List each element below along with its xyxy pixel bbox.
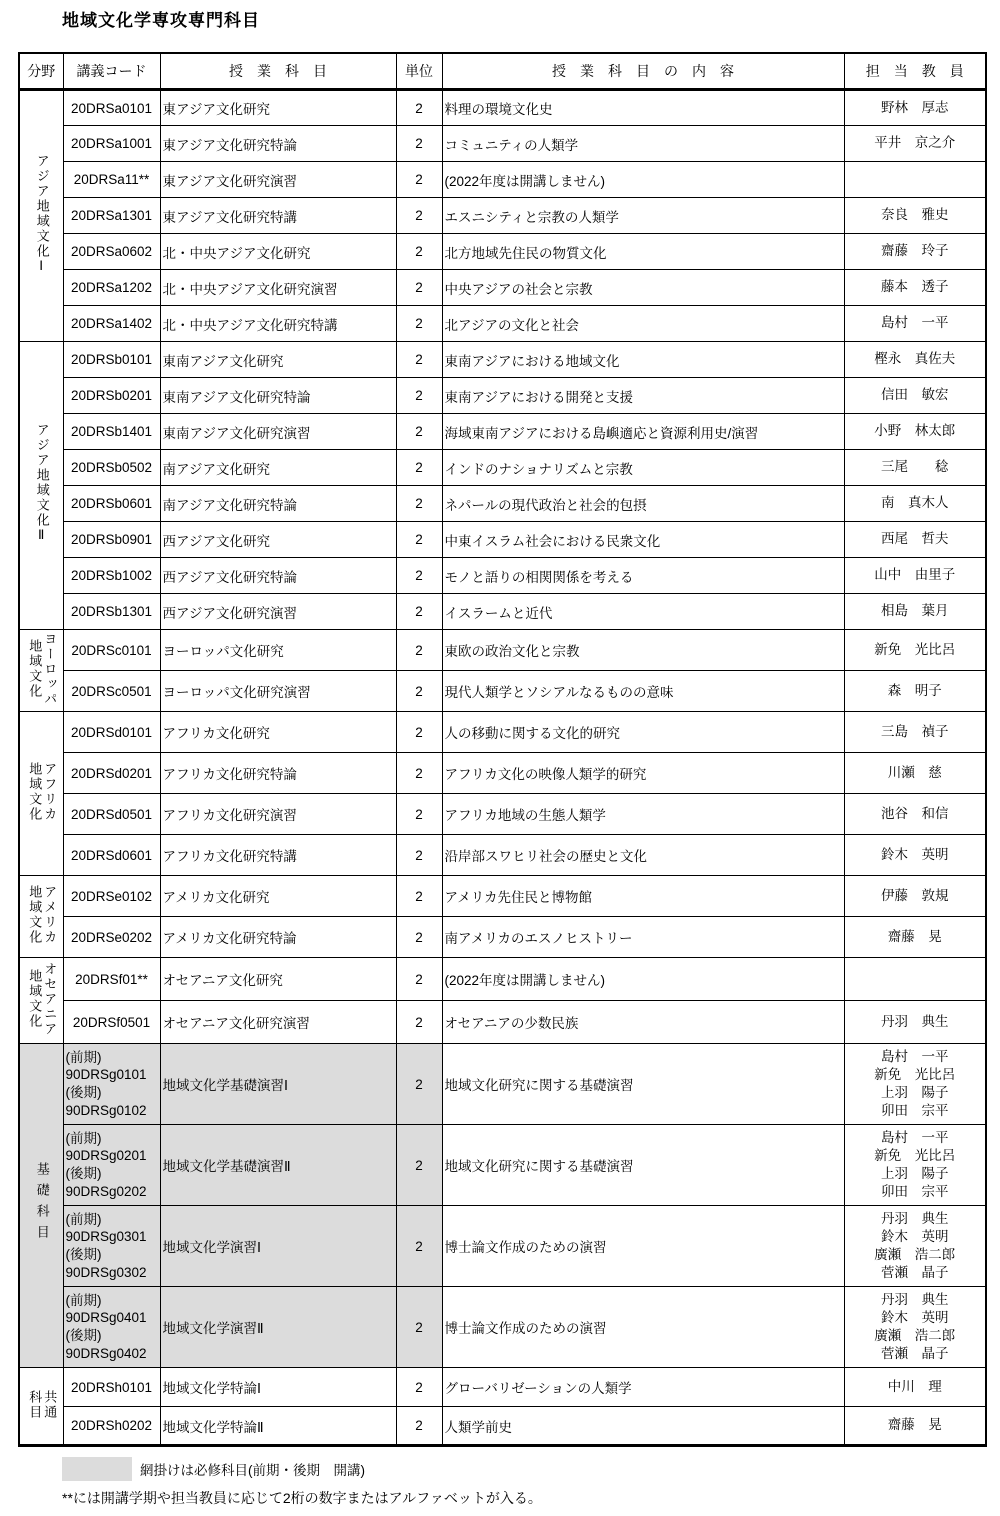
content-cell: コミュニティの人類学 xyxy=(442,126,844,162)
field-label: 共通 科目 xyxy=(26,1390,56,1420)
table-row: 20DRSb0601南アジア文化研究特論2ネパールの現代政治と社会的包摂南 真木… xyxy=(19,486,986,522)
field-cell: オセアニア 地域文化 xyxy=(19,958,63,1044)
field-label: アジア地域文化Ⅱ xyxy=(34,423,49,545)
instructor-cell: 三島 禎子 xyxy=(844,712,986,753)
content-cell: 地域文化研究に関する基礎演習 xyxy=(442,1125,844,1206)
instructor-cell: 信田 敏宏 xyxy=(844,378,986,414)
instructor-cell: 森 明子 xyxy=(844,671,986,712)
content-cell: 現代人類学とソシアルなるものの意味 xyxy=(442,671,844,712)
instructor-cell: 三尾 稔 xyxy=(844,450,986,486)
field-cell: ヨーロッパ 地域文化 xyxy=(19,630,63,712)
code-cell: 20DRSf0501 xyxy=(63,1001,160,1044)
code-cell: 20DRSb0201 xyxy=(63,378,160,414)
table-row: (前期) 90DRSg0201 (後期) 90DRSg0202地域文化学基礎演習… xyxy=(19,1125,986,1206)
subject-cell: 地域文化学基礎演習Ⅰ xyxy=(160,1044,396,1125)
units-cell: 2 xyxy=(396,876,442,917)
instructor-cell: 島村 一平 新免 光比呂 上羽 陽子 卯田 宗平 xyxy=(844,1125,986,1206)
instructor-cell: 新免 光比呂 xyxy=(844,630,986,671)
content-cell: 東南アジアにおける地域文化 xyxy=(442,342,844,378)
section-oceania: オセアニア 地域文化20DRSf01**オセアニア文化研究2(2022年度は開講… xyxy=(19,958,986,1044)
table-row: 20DRSb1401東南アジア文化研究演習2海域東南アジアにおける島嶼適応と資源… xyxy=(19,414,986,450)
instructor-cell: 野林 厚志 xyxy=(844,90,986,126)
content-cell: 中東イスラム社会における民衆文化 xyxy=(442,522,844,558)
code-cell: 20DRSa1001 xyxy=(63,126,160,162)
field-cell: 共通 科目 xyxy=(19,1368,63,1446)
section-kiso: 基礎科目(前期) 90DRSg0101 (後期) 90DRSg0102地域文化学… xyxy=(19,1044,986,1368)
code-cell: (前期) 90DRSg0401 (後期) 90DRSg0402 xyxy=(63,1287,160,1368)
table-row: 20DRSa11**東アジア文化研究演習2(2022年度は開講しません) xyxy=(19,162,986,198)
code-cell: 20DRSb0901 xyxy=(63,522,160,558)
units-cell: 2 xyxy=(396,558,442,594)
content-cell: 博士論文作成のための演習 xyxy=(442,1206,844,1287)
units-cell: 2 xyxy=(396,378,442,414)
content-cell: エスニシティと宗教の人類学 xyxy=(442,198,844,234)
subject-cell: 北・中央アジア文化研究 xyxy=(160,234,396,270)
field-label: アメリカ 地域文化 xyxy=(26,885,56,945)
subject-cell: 地域文化学演習Ⅱ xyxy=(160,1287,396,1368)
instructor-cell: 藤本 透子 xyxy=(844,270,986,306)
content-cell: (2022年度は開講しません) xyxy=(442,162,844,198)
table-row: 20DRSb1002西アジア文化研究特論2モノと語りの相関関係を考える山中 由里… xyxy=(19,558,986,594)
code-cell: 20DRSe0202 xyxy=(63,917,160,958)
instructor-cell: 相島 葉月 xyxy=(844,594,986,630)
table-row: 20DRSb0901西アジア文化研究2中東イスラム社会における民衆文化西尾 哲夫 xyxy=(19,522,986,558)
table-row: 基礎科目(前期) 90DRSg0101 (後期) 90DRSg0102地域文化学… xyxy=(19,1044,986,1125)
field-label: ヨーロッパ 地域文化 xyxy=(26,632,56,707)
field-label: アフリカ 地域文化 xyxy=(26,762,56,822)
table-row: 20DRSb0201東南アジア文化研究特論2東南アジアにおける開発と支援信田 敏… xyxy=(19,378,986,414)
subject-cell: 東南アジア文化研究演習 xyxy=(160,414,396,450)
table-row: 20DRSa1202北・中央アジア文化研究演習2中央アジアの社会と宗教藤本 透子 xyxy=(19,270,986,306)
code-cell: 20DRSb0101 xyxy=(63,342,160,378)
subject-cell: 東アジア文化研究演習 xyxy=(160,162,396,198)
column-header-units: 単位 xyxy=(396,53,442,90)
table-row: 20DRSd0601アフリカ文化研究特講2沿岸部スワヒリ社会の歴史と文化鈴木 英… xyxy=(19,835,986,876)
subject-cell: 北・中央アジア文化研究演習 xyxy=(160,270,396,306)
table-row: 20DRSa1001東アジア文化研究特論2コミュニティの人類学平井 京之介 xyxy=(19,126,986,162)
code-cell: 20DRSb1301 xyxy=(63,594,160,630)
content-cell: オセアニアの少数民族 xyxy=(442,1001,844,1044)
instructor-cell: 奈良 雅史 xyxy=(844,198,986,234)
units-cell: 2 xyxy=(396,270,442,306)
content-cell: 中央アジアの社会と宗教 xyxy=(442,270,844,306)
instructor-cell: 南 真木人 xyxy=(844,486,986,522)
subject-cell: 東アジア文化研究 xyxy=(160,90,396,126)
instructor-cell: 鈴木 英明 xyxy=(844,835,986,876)
shading-note: 網掛けは必修科目(前期・後期 開講) xyxy=(62,1456,962,1482)
units-cell: 2 xyxy=(396,753,442,794)
code-cell: 20DRSa0101 xyxy=(63,90,160,126)
code-cell: 20DRSd0601 xyxy=(63,835,160,876)
table-row: 20DRSd0501アフリカ文化研究演習2アフリカ地域の生態人類学池谷 和信 xyxy=(19,794,986,835)
subject-cell: 北・中央アジア文化研究特講 xyxy=(160,306,396,342)
subject-cell: アフリカ文化研究演習 xyxy=(160,794,396,835)
code-cell: 20DRSh0202 xyxy=(63,1407,160,1446)
instructor-cell: 伊藤 敦規 xyxy=(844,876,986,917)
units-cell: 2 xyxy=(396,794,442,835)
content-cell: 人の移動に関する文化的研究 xyxy=(442,712,844,753)
code-cell: (前期) 90DRSg0301 (後期) 90DRSg0302 xyxy=(63,1206,160,1287)
instructor-cell: 丹羽 典生 鈴木 英明 廣瀬 浩二郎 菅瀬 晶子 xyxy=(844,1287,986,1368)
column-header-subject: 授 業 科 目 xyxy=(160,53,396,90)
subject-cell: アメリカ文化研究 xyxy=(160,876,396,917)
code-cell: (前期) 90DRSg0101 (後期) 90DRSg0102 xyxy=(63,1044,160,1125)
units-cell: 2 xyxy=(396,1044,442,1125)
table-row: 20DRSa1301東アジア文化研究特講2エスニシティと宗教の人類学奈良 雅史 xyxy=(19,198,986,234)
code-cell: 20DRSc0101 xyxy=(63,630,160,671)
code-cell: 20DRSb1401 xyxy=(63,414,160,450)
instructor-cell: 丹羽 典生 xyxy=(844,1001,986,1044)
instructor-cell: 小野 林太郎 xyxy=(844,414,986,450)
subject-cell: 東南アジア文化研究 xyxy=(160,342,396,378)
field-label: アジア地域文化Ⅰ xyxy=(34,154,49,276)
subject-cell: オセアニア文化研究 xyxy=(160,958,396,1001)
subject-cell: 東アジア文化研究特論 xyxy=(160,126,396,162)
units-cell: 2 xyxy=(396,522,442,558)
subject-cell: 東南アジア文化研究特論 xyxy=(160,378,396,414)
column-header-instructor: 担 当 教 員 xyxy=(844,53,986,90)
subject-cell: アフリカ文化研究特講 xyxy=(160,835,396,876)
section-asia-2: アジア地域文化Ⅱ20DRSb0101東南アジア文化研究2東南アジアにおける地域文… xyxy=(19,342,986,630)
subject-cell: アフリカ文化研究 xyxy=(160,712,396,753)
table-header-row: 分野 講義コード 授 業 科 目 単位 授 業 科 目 の 内 容 担 当 教 … xyxy=(19,53,986,90)
code-cell: 20DRSe0102 xyxy=(63,876,160,917)
shading-note-text: 網掛けは必修科目(前期・後期 開講) xyxy=(140,1459,365,1479)
content-cell: イスラームと近代 xyxy=(442,594,844,630)
instructor-cell xyxy=(844,162,986,198)
field-cell: 基礎科目 xyxy=(19,1044,63,1368)
shading-legend-swatch xyxy=(62,1457,132,1481)
content-cell: 南アメリカのエスノヒストリー xyxy=(442,917,844,958)
column-header-field: 分野 xyxy=(19,53,63,90)
table-row: 共通 科目20DRSh0101地域文化学特論Ⅰ2グローバリゼーションの人類学中川… xyxy=(19,1368,986,1407)
field-cell: アジア地域文化Ⅰ xyxy=(19,90,63,342)
content-cell: インドのナショナリズムと宗教 xyxy=(442,450,844,486)
units-cell: 2 xyxy=(396,671,442,712)
table-row: (前期) 90DRSg0301 (後期) 90DRSg0302地域文化学演習Ⅰ2… xyxy=(19,1206,986,1287)
subject-cell: 南アジア文化研究 xyxy=(160,450,396,486)
content-cell: 博士論文作成のための演習 xyxy=(442,1287,844,1368)
units-cell: 2 xyxy=(396,126,442,162)
table-row: アメリカ 地域文化20DRSe0102アメリカ文化研究2アメリカ先住民と博物館伊… xyxy=(19,876,986,917)
content-cell: 料理の環境文化史 xyxy=(442,90,844,126)
subject-cell: 南アジア文化研究特論 xyxy=(160,486,396,522)
section-asia-1: アジア地域文化Ⅰ20DRSa0101東アジア文化研究2料理の環境文化史野林 厚志… xyxy=(19,90,986,342)
field-cell: アフリカ 地域文化 xyxy=(19,712,63,876)
table-row: 20DRSa0602北・中央アジア文化研究2北方地域先住民の物質文化齋藤 玲子 xyxy=(19,234,986,270)
table-row: 20DRSe0202アメリカ文化研究特論2南アメリカのエスノヒストリー齋藤 晃 xyxy=(19,917,986,958)
asterisk-note: **には開講学期や担当教員に応じて2桁の数字またはアルファベットが入る。 xyxy=(62,1488,962,1508)
content-cell: 北アジアの文化と社会 xyxy=(442,306,844,342)
code-cell: 20DRSd0501 xyxy=(63,794,160,835)
units-cell: 2 xyxy=(396,958,442,1001)
instructor-cell: 齋藤 晃 xyxy=(844,1407,986,1446)
field-cell: アジア地域文化Ⅱ xyxy=(19,342,63,630)
units-cell: 2 xyxy=(396,486,442,522)
units-cell: 2 xyxy=(396,414,442,450)
section-america: アメリカ 地域文化20DRSe0102アメリカ文化研究2アメリカ先住民と博物館伊… xyxy=(19,876,986,958)
code-cell: 20DRSa11** xyxy=(63,162,160,198)
units-cell: 2 xyxy=(396,712,442,753)
instructor-cell xyxy=(844,958,986,1001)
section-kyotsu: 共通 科目20DRSh0101地域文化学特論Ⅰ2グローバリゼーションの人類学中川… xyxy=(19,1368,986,1446)
table-row: 20DRSb0502南アジア文化研究2インドのナショナリズムと宗教三尾 稔 xyxy=(19,450,986,486)
instructor-cell: 西尾 哲夫 xyxy=(844,522,986,558)
page: 地域文化学専攻専門科目 分野 講義コード 授 業 科 目 単位 授 業 科 目 … xyxy=(0,0,1000,1516)
content-cell: アフリカ文化の映像人類学的研究 xyxy=(442,753,844,794)
units-cell: 2 xyxy=(396,630,442,671)
units-cell: 2 xyxy=(396,1407,442,1446)
instructor-cell: 齋藤 晃 xyxy=(844,917,986,958)
table-row: ヨーロッパ 地域文化20DRSc0101ヨーロッパ文化研究2東欧の政治文化と宗教… xyxy=(19,630,986,671)
content-cell: グローバリゼーションの人類学 xyxy=(442,1368,844,1407)
instructor-cell: 平井 京之介 xyxy=(844,126,986,162)
content-cell: 東欧の政治文化と宗教 xyxy=(442,630,844,671)
subject-cell: 西アジア文化研究特論 xyxy=(160,558,396,594)
table-row: (前期) 90DRSg0401 (後期) 90DRSg0402地域文化学演習Ⅱ2… xyxy=(19,1287,986,1368)
instructor-cell: 島村 一平 xyxy=(844,306,986,342)
units-cell: 2 xyxy=(396,1287,442,1368)
field-label: オセアニア 地域文化 xyxy=(26,962,56,1037)
field-label: 基礎科目 xyxy=(34,1162,49,1246)
units-cell: 2 xyxy=(396,198,442,234)
code-cell: 20DRSa1301 xyxy=(63,198,160,234)
code-cell: 20DRSf01** xyxy=(63,958,160,1001)
code-cell: 20DRSb0601 xyxy=(63,486,160,522)
instructor-cell: 川瀬 慈 xyxy=(844,753,986,794)
table-row: 20DRSb1301西アジア文化研究演習2イスラームと近代相島 葉月 xyxy=(19,594,986,630)
units-cell: 2 xyxy=(396,1001,442,1044)
instructor-cell: 中川 理 xyxy=(844,1368,986,1407)
units-cell: 2 xyxy=(396,342,442,378)
instructor-cell: 齋藤 玲子 xyxy=(844,234,986,270)
content-cell: 地域文化研究に関する基礎演習 xyxy=(442,1044,844,1125)
units-cell: 2 xyxy=(396,594,442,630)
code-cell: 20DRSa1202 xyxy=(63,270,160,306)
table-row: アフリカ 地域文化20DRSd0101アフリカ文化研究2人の移動に関する文化的研… xyxy=(19,712,986,753)
content-cell: アメリカ先住民と博物館 xyxy=(442,876,844,917)
subject-cell: 地域文化学基礎演習Ⅱ xyxy=(160,1125,396,1206)
units-cell: 2 xyxy=(396,90,442,126)
instructor-cell: 島村 一平 新免 光比呂 上羽 陽子 卯田 宗平 xyxy=(844,1044,986,1125)
table-row: 20DRSf0501オセアニア文化研究演習2オセアニアの少数民族丹羽 典生 xyxy=(19,1001,986,1044)
column-header-content: 授 業 科 目 の 内 容 xyxy=(442,53,844,90)
units-cell: 2 xyxy=(396,306,442,342)
code-cell: 20DRSb1002 xyxy=(63,558,160,594)
table-row: 20DRSd0201アフリカ文化研究特論2アフリカ文化の映像人類学的研究川瀬 慈 xyxy=(19,753,986,794)
subject-cell: アメリカ文化研究特論 xyxy=(160,917,396,958)
units-cell: 2 xyxy=(396,234,442,270)
code-cell: 20DRSa0602 xyxy=(63,234,160,270)
units-cell: 2 xyxy=(396,450,442,486)
subject-cell: 地域文化学演習Ⅰ xyxy=(160,1206,396,1287)
content-cell: モノと語りの相関関係を考える xyxy=(442,558,844,594)
code-cell: 20DRSh0101 xyxy=(63,1368,160,1407)
units-cell: 2 xyxy=(396,1206,442,1287)
code-cell: 20DRSc0501 xyxy=(63,671,160,712)
content-cell: ネパールの現代政治と社会的包摂 xyxy=(442,486,844,522)
subject-cell: ヨーロッパ文化研究演習 xyxy=(160,671,396,712)
code-cell: (前期) 90DRSg0201 (後期) 90DRSg0202 xyxy=(63,1125,160,1206)
section-africa: アフリカ 地域文化20DRSd0101アフリカ文化研究2人の移動に関する文化的研… xyxy=(19,712,986,876)
table-row: 20DRSc0501ヨーロッパ文化研究演習2現代人類学とソシアルなるものの意味森… xyxy=(19,671,986,712)
footnotes: 網掛けは必修科目(前期・後期 開講) **には開講学期や担当教員に応じて2桁の数… xyxy=(62,1456,962,1508)
units-cell: 2 xyxy=(396,162,442,198)
content-cell: 北方地域先住民の物質文化 xyxy=(442,234,844,270)
field-cell: アメリカ 地域文化 xyxy=(19,876,63,958)
subject-cell: 西アジア文化研究演習 xyxy=(160,594,396,630)
table-row: 20DRSa1402北・中央アジア文化研究特講2北アジアの文化と社会島村 一平 xyxy=(19,306,986,342)
code-cell: 20DRSa1402 xyxy=(63,306,160,342)
content-cell: 人類学前史 xyxy=(442,1407,844,1446)
column-header-code: 講義コード xyxy=(63,53,160,90)
instructor-cell: 山中 由里子 xyxy=(844,558,986,594)
table-row: アジア地域文化Ⅱ20DRSb0101東南アジア文化研究2東南アジアにおける地域文… xyxy=(19,342,986,378)
instructor-cell: 丹羽 典生 鈴木 英明 廣瀬 浩二郎 菅瀬 晶子 xyxy=(844,1206,986,1287)
subject-cell: オセアニア文化研究演習 xyxy=(160,1001,396,1044)
instructor-cell: 池谷 和信 xyxy=(844,794,986,835)
course-table: 分野 講義コード 授 業 科 目 単位 授 業 科 目 の 内 容 担 当 教 … xyxy=(18,52,987,1447)
subject-cell: 地域文化学特論Ⅱ xyxy=(160,1407,396,1446)
table-row: オセアニア 地域文化20DRSf01**オセアニア文化研究2(2022年度は開講… xyxy=(19,958,986,1001)
subject-cell: 東アジア文化研究特講 xyxy=(160,198,396,234)
content-cell: 沿岸部スワヒリ社会の歴史と文化 xyxy=(442,835,844,876)
subject-cell: 西アジア文化研究 xyxy=(160,522,396,558)
content-cell: (2022年度は開講しません) xyxy=(442,958,844,1001)
table-row: アジア地域文化Ⅰ20DRSa0101東アジア文化研究2料理の環境文化史野林 厚志 xyxy=(19,90,986,126)
content-cell: 東南アジアにおける開発と支援 xyxy=(442,378,844,414)
section-europe: ヨーロッパ 地域文化20DRSc0101ヨーロッパ文化研究2東欧の政治文化と宗教… xyxy=(19,630,986,712)
page-title: 地域文化学専攻専門科目 xyxy=(62,6,260,31)
content-cell: 海域東南アジアにおける島嶼適応と資源利用史/演習 xyxy=(442,414,844,450)
content-cell: アフリカ地域の生態人類学 xyxy=(442,794,844,835)
code-cell: 20DRSd0201 xyxy=(63,753,160,794)
subject-cell: アフリカ文化研究特論 xyxy=(160,753,396,794)
code-cell: 20DRSd0101 xyxy=(63,712,160,753)
units-cell: 2 xyxy=(396,1368,442,1407)
code-cell: 20DRSb0502 xyxy=(63,450,160,486)
instructor-cell: 樫永 真佐夫 xyxy=(844,342,986,378)
table-row: 20DRSh0202地域文化学特論Ⅱ2人類学前史齋藤 晃 xyxy=(19,1407,986,1446)
subject-cell: 地域文化学特論Ⅰ xyxy=(160,1368,396,1407)
units-cell: 2 xyxy=(396,835,442,876)
units-cell: 2 xyxy=(396,917,442,958)
subject-cell: ヨーロッパ文化研究 xyxy=(160,630,396,671)
units-cell: 2 xyxy=(396,1125,442,1206)
